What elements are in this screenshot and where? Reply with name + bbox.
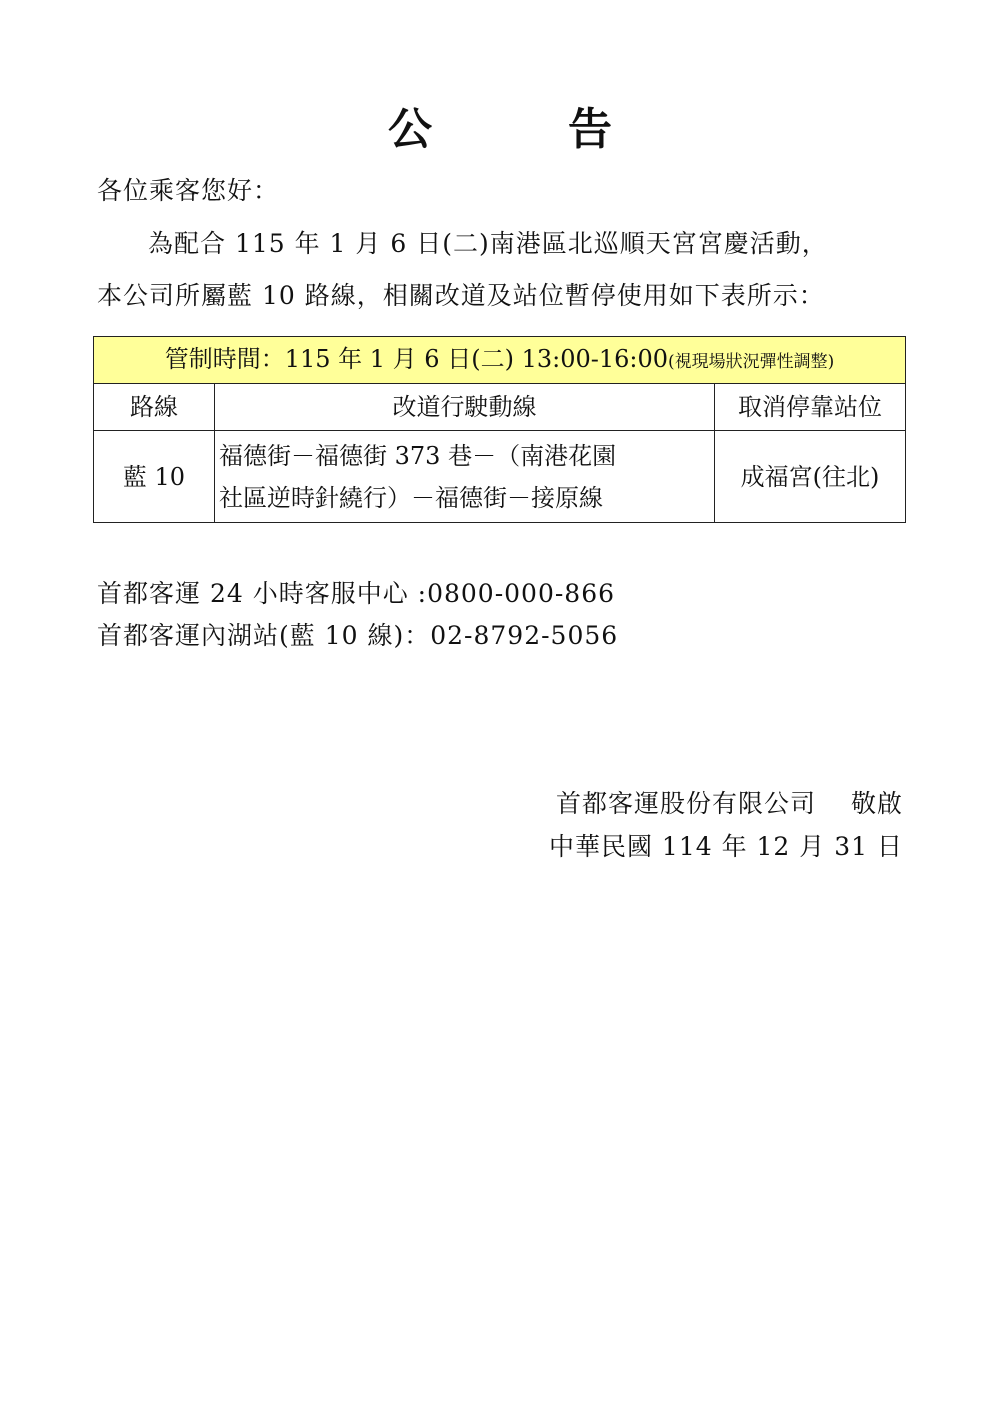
control-time-cell: 管制時間：115 年 1 月 6 日(二) 13:00-16:00(視現場狀況彈… bbox=[94, 337, 906, 384]
cancelled-stop-cell: 成福宮(往北) bbox=[715, 431, 906, 523]
control-time-label: 管制時間：115 年 1 月 6 日(二) 13:00-16:00 bbox=[165, 345, 668, 373]
customer-service-contact: 首都客運 24 小時客服中心 :0800-000-866 bbox=[97, 577, 615, 611]
detour-line-1: 福德街－福德街 373 巷－（南港花園 bbox=[219, 435, 714, 477]
table-header-row: 路線 改道行駛動線 取消停靠站位 bbox=[94, 384, 906, 431]
detour-description-cell: 福德街－福德街 373 巷－（南港花園 社區逆時針繞行）－福德街－接原線 bbox=[215, 431, 715, 523]
table-row: 藍 10 福德街－福德街 373 巷－（南港花園 社區逆時針繞行）－福德街－接原… bbox=[94, 431, 906, 523]
neihu-station-contact: 首都客運內湖站(藍 10 線)：02-8792-5056 bbox=[97, 619, 618, 653]
control-time-note: (視現場狀況彈性調整) bbox=[668, 352, 834, 372]
announcement-title: 公 告 bbox=[0, 100, 1000, 160]
header-detour-route: 改道行駛動線 bbox=[215, 384, 715, 431]
control-time-row: 管制時間：115 年 1 月 6 日(二) 13:00-16:00(視現場狀況彈… bbox=[94, 337, 906, 384]
company-signature: 首都客運股份有限公司 敬啟 bbox=[556, 787, 903, 821]
announcement-date: 中華民國 114 年 12 月 31 日 bbox=[549, 830, 903, 864]
greeting-text: 各位乘客您好： bbox=[97, 174, 279, 208]
header-route: 路線 bbox=[94, 384, 215, 431]
intro-paragraph-line-2: 本公司所屬藍 10 路線，相關改道及站位暫停使用如下表所示： bbox=[97, 279, 825, 313]
detour-line-2: 社區逆時針繞行）－福德街－接原線 bbox=[219, 477, 714, 519]
route-cell: 藍 10 bbox=[94, 431, 215, 523]
intro-paragraph-line-1: 為配合 115 年 1 月 6 日(二)南港區北巡順天宮宮慶活動， bbox=[148, 227, 828, 261]
detour-table: 管制時間：115 年 1 月 6 日(二) 13:00-16:00(視現場狀況彈… bbox=[93, 336, 906, 523]
header-cancelled-stop: 取消停靠站位 bbox=[715, 384, 906, 431]
